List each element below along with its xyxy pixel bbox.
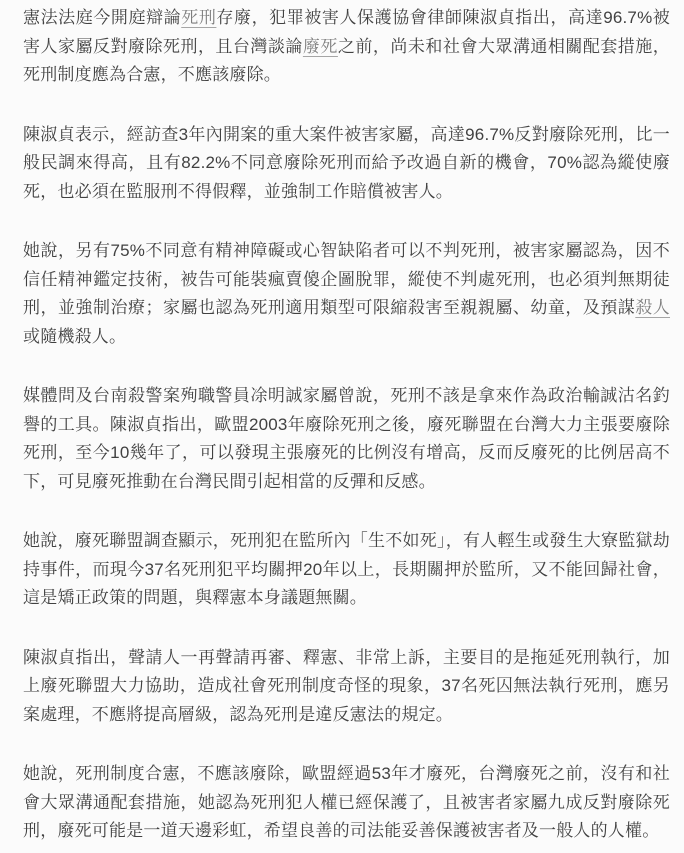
paragraph-text: 陳淑貞指出，聲請人一再聲請再審、釋憲、非常上訴，主要目的是拖延死刑執行，加上廢死… [23,648,670,724]
paragraph-5: 她說，廢死聯盟調查顯示，死刑犯在監所內「生不如死」，有人輕生或發生大寮監獄劫持事… [23,527,670,613]
paragraph-text: 媒體問及台南殺警案殉職警員凃明誠家屬曾說，死刑不該是拿來作為政治輸誠沽名釣譽的工… [23,386,670,491]
inline-link-death-penalty[interactable]: 死刑 [181,8,216,27]
paragraph-2: 陳淑貞表示，經訪查3年內開案的重大案件被害家屬，高達96.7%反對廢除死刑，比一… [23,121,670,207]
inline-link-murder[interactable]: 殺人 [635,298,670,317]
paragraph-text: 或隨機殺人。 [23,327,126,346]
article-body: 憲法法庭今開庭辯論死刑存廢，犯罪被害人保護協會律師陳淑貞指出，高達96.7%被害… [0,0,684,846]
paragraph-6: 陳淑貞指出，聲請人一再聲請再審、釋憲、非常上訴，主要目的是拖延死刑執行，加上廢死… [23,644,670,730]
paragraph-4: 媒體問及台南殺警案殉職警員凃明誠家屬曾說，死刑不該是拿來作為政治輸誠沽名釣譽的工… [23,382,670,496]
paragraph-text: 她說，死刑制度合憲，不應該廢除，歐盟經過53年才廢死，台灣廢死之前，沒有和社會大… [23,764,670,840]
paragraph-7: 她說，死刑制度合憲，不應該廢除，歐盟經過53年才廢死，台灣廢死之前，沒有和社會大… [23,760,670,846]
paragraph-text: 陳淑貞表示，經訪查3年內開案的重大案件被害家屬，高達96.7%反對廢除死刑，比一… [23,125,670,201]
paragraph-text: 她說，另有75%不同意有精神障礙或心智缺陷者可以不判死刑，被害家屬認為，因不信任… [23,241,670,317]
paragraph-text: 憲法法庭今開庭辯論 [23,8,181,27]
inline-link-abolish-death-penalty[interactable]: 廢死 [303,37,338,56]
paragraph-text: 她說，廢死聯盟調查顯示，死刑犯在監所內「生不如死」，有人輕生或發生大寮監獄劫持事… [23,531,670,607]
paragraph-3: 她說，另有75%不同意有精神障礙或心智缺陷者可以不判死刑，被害家屬認為，因不信任… [23,237,670,351]
paragraph-1: 憲法法庭今開庭辯論死刑存廢，犯罪被害人保護協會律師陳淑貞指出，高達96.7%被害… [23,4,670,90]
